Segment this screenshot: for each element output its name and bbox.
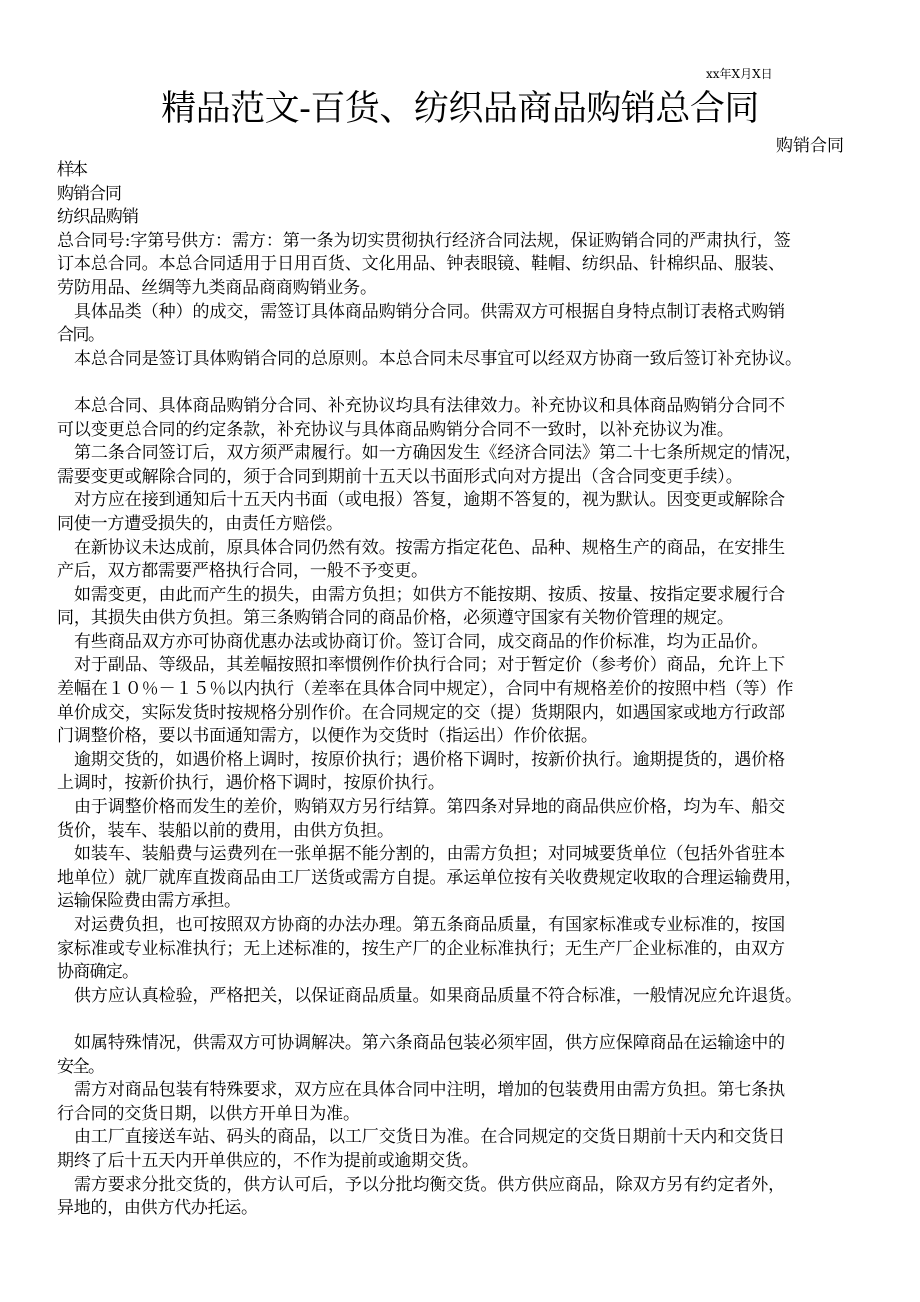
text-line: 具体品类（种）的成交，需签订具体商品购销分合同。供需双方可根据自身特点制订表格式… — [57, 301, 865, 325]
text-line: 对运费负担，也可按照双方协商的办法办理。第五条商品质量，有国家标准或专业标准的，… — [57, 914, 865, 938]
text-line: 需要变更或解除合同的，须于合同到期前十五天以书面形式向对方提出（含合同变更手续）… — [57, 466, 865, 490]
text-line: 如装车、装船费与运费列在一张单据不能分割的，由需方负担；对同城要货单位（包括外省… — [57, 843, 865, 867]
text-line: 行合同的交货日期，以供方开单日为准。 — [57, 1103, 865, 1127]
text-line: 地单位）就厂就库直拨商品由工厂送货或需方自提。承运单位按有关收费规定收取的合理运… — [57, 867, 865, 891]
text-line: 期终了后十五天内开单供应的，不作为提前或逾期交货。 — [57, 1150, 865, 1174]
text-line: 第二条合同签订后，双方须严肃履行。如一方确因发生《经济合同法》第二十七条所规定的… — [57, 442, 865, 466]
document-subtitle: 购销合同 — [776, 135, 844, 157]
text-line: 如需变更，由此而产生的损失，由需方负担；如供方不能按期、按质、按量、按指定要求履… — [57, 584, 865, 608]
text-line: 单价成交，实际发货时按规格分别作价。在合同规定的交（提）货期限内，如遇国家或地方… — [57, 702, 865, 726]
text-line: 上调时，按新价执行，遇价格下调时，按原价执行。 — [57, 772, 865, 796]
text-line: 对方应在接到通知后十五天内书面（或电报）答复，逾期不答复的，视为默认。因变更或解… — [57, 489, 865, 513]
text-line: 需方对商品包装有特殊要求，双方应在具体合同中注明，增加的包装费用由需方负担。第七… — [57, 1079, 865, 1103]
text-line: 门调整价格，要以书面通知需方，以便作为交货时（指运出）作价依据。 — [57, 725, 865, 749]
text-line: 协商确定。 — [57, 961, 865, 985]
document-title: 精品范文-百货、纺织品商品购销总合同 — [0, 86, 920, 132]
text-line: 货价，装车、装船以前的费用，由供方负担。 — [57, 820, 865, 844]
text-line: 对于副品、等级品，其差幅按照扣率惯例作价执行合同；对于暂定价（参考价）商品，允许… — [57, 654, 865, 678]
text-line: 劳防用品、丝绸等九类商品商商购销业务。 — [57, 277, 865, 301]
blank-line — [57, 1008, 865, 1032]
document-body: 样本购销合同纺织品购销总合同号:字第号供方：需方：第一条为切实贯彻执行经济合同法… — [57, 159, 865, 1221]
text-line: 可以变更总合同的约定条款，补充协议与具体商品购销分合同不一致时，以补充协议为准。 — [57, 419, 865, 443]
text-line: 本总合同是签订具体购销合同的总原则。本总合同未尽事宜可以经双方协商一致后签订补充… — [57, 348, 865, 372]
text-line: 总合同号:字第号供方：需方：第一条为切实贯彻执行经济合同法规，保证购销合同的严肃… — [57, 230, 865, 254]
text-line: 家标准或专业标准执行；无上述标准的，按生产厂的企业标准执行；无生产厂企业标准的，… — [57, 938, 865, 962]
text-line: 同使一方遭受损失的，由责任方赔偿。 — [57, 513, 865, 537]
text-line: 产后，双方都需要严格执行合同，一般不予变更。 — [57, 560, 865, 584]
text-line: 有些商品双方亦可协商优惠办法或协商订价。签订合同，成交商品的作价标准，均为正品价… — [57, 631, 865, 655]
text-line: 需方要求分批交货的，供方认可后，予以分批均衡交货。供方供应商品，除双方另有约定者… — [57, 1174, 865, 1198]
text-line: 逾期交货的，如遇价格上调时，按原价执行；遇价格下调时，按新价执行。逾期提货的，遇… — [57, 749, 865, 773]
text-line: 同，其损失由供方负担。第三条购销合同的商品价格，必须遵守国家有关物价管理的规定。 — [57, 607, 865, 631]
text-line: 纺织品购销 — [57, 206, 865, 230]
text-line: 合同。 — [57, 324, 865, 348]
text-line: 差幅在１０％－１５％以内执行（差率在具体合同中规定），合同中有规格差价的按照中档… — [57, 678, 865, 702]
blank-line — [57, 371, 865, 395]
text-line: 在新协议未达成前，原具体合同仍然有效。按需方指定花色、品种、规格生产的商品，在安… — [57, 537, 865, 561]
text-line: 如属特殊情况，供需双方可协调解决。第六条商品包装必须牢固，供方应保障商品在运输途… — [57, 1032, 865, 1056]
text-line: 运输保险费由需方承担。 — [57, 890, 865, 914]
text-line: 购销合同 — [57, 183, 865, 207]
text-line: 异地的，由供方代办托运。 — [57, 1197, 865, 1221]
document-date: xx年X月X日 — [706, 66, 773, 82]
text-line: 订本总合同。本总合同适用于日用百货、文化用品、钟表眼镜、鞋帽、纺织品、针棉织品、… — [57, 253, 865, 277]
text-line: 样本 — [57, 159, 865, 183]
text-line: 本总合同、具体商品购销分合同、补充协议均具有法律效力。补充协议和具体商品购销分合… — [57, 395, 865, 419]
text-line: 供方应认真检验，严格把关，以保证商品质量。如果商品质量不符合标准，一般情况应允许… — [57, 985, 865, 1009]
text-line: 安全。 — [57, 1056, 865, 1080]
text-line: 由工厂直接送车站、码头的商品，以工厂交货日为准。在合同规定的交货日期前十天内和交… — [57, 1126, 865, 1150]
text-line: 由于调整价格而发生的差价，购销双方另行结算。第四条对异地的商品供应价格，均为车、… — [57, 796, 865, 820]
